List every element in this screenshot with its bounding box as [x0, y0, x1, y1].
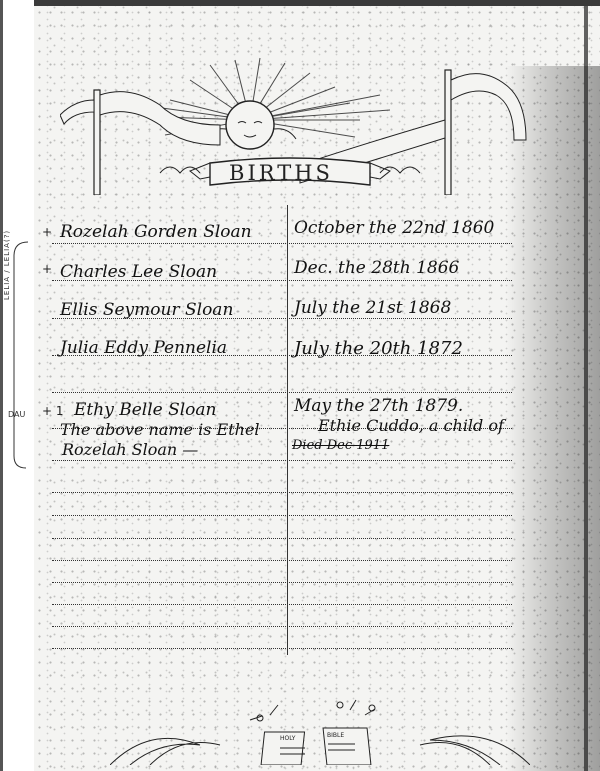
note-line-2-right: Died Dec 1911	[292, 438, 389, 453]
ruled-line	[52, 460, 512, 462]
entry-name: Ellis Seymour Sloan	[60, 300, 233, 320]
ruled-line	[52, 243, 512, 245]
scan-left-edge	[0, 0, 3, 771]
entry-name: Rozelah Gorden Sloan	[60, 222, 252, 242]
note-line-1-left: The above name is Ethel	[60, 420, 260, 439]
note-line-2-left: Rozelah Sloan —	[62, 440, 198, 459]
bible-label-left: HOLY	[280, 735, 295, 742]
births-heading: BIRTHS	[222, 160, 340, 186]
entry-date: Dec. the 28th 1866	[294, 258, 459, 278]
entry-name: Ethy Belle Sloan	[74, 400, 217, 420]
ornamental-border-right	[584, 6, 588, 771]
margin-side-note: DAU	[8, 410, 25, 419]
bible-label-right: BIBLE	[327, 732, 344, 739]
margin-bracket-icon	[8, 240, 30, 470]
footer-bible-ornament-icon	[110, 680, 530, 765]
entry-mark: +	[42, 225, 52, 239]
ruled-line	[52, 492, 512, 494]
entry-mark: + 1	[42, 404, 64, 418]
column-divider	[287, 205, 288, 655]
ruled-line	[52, 515, 512, 517]
ruled-line	[52, 392, 512, 394]
entry-date: May the 27th 1879.	[294, 396, 463, 416]
ruled-line	[52, 538, 512, 540]
ruled-line	[52, 604, 512, 606]
entry-mark: +	[42, 262, 52, 276]
entry-name: Julia Eddy Pennelia	[60, 338, 227, 358]
margin-vertical-note: LELIA / LELIA(?)	[3, 230, 11, 300]
entry-date: October the 22nd 1860	[294, 218, 494, 238]
entry-date: July the 20th 1872	[294, 338, 463, 359]
entry-date: July the 21st 1868	[294, 298, 451, 318]
note-line-1-right: Ethie Cuddo, a child of	[318, 416, 504, 435]
entry-name: Charles Lee Sloan	[60, 262, 217, 282]
ruled-line	[52, 582, 512, 584]
ruled-line	[52, 648, 512, 650]
ruled-line	[52, 626, 512, 628]
ruled-line	[52, 560, 512, 562]
